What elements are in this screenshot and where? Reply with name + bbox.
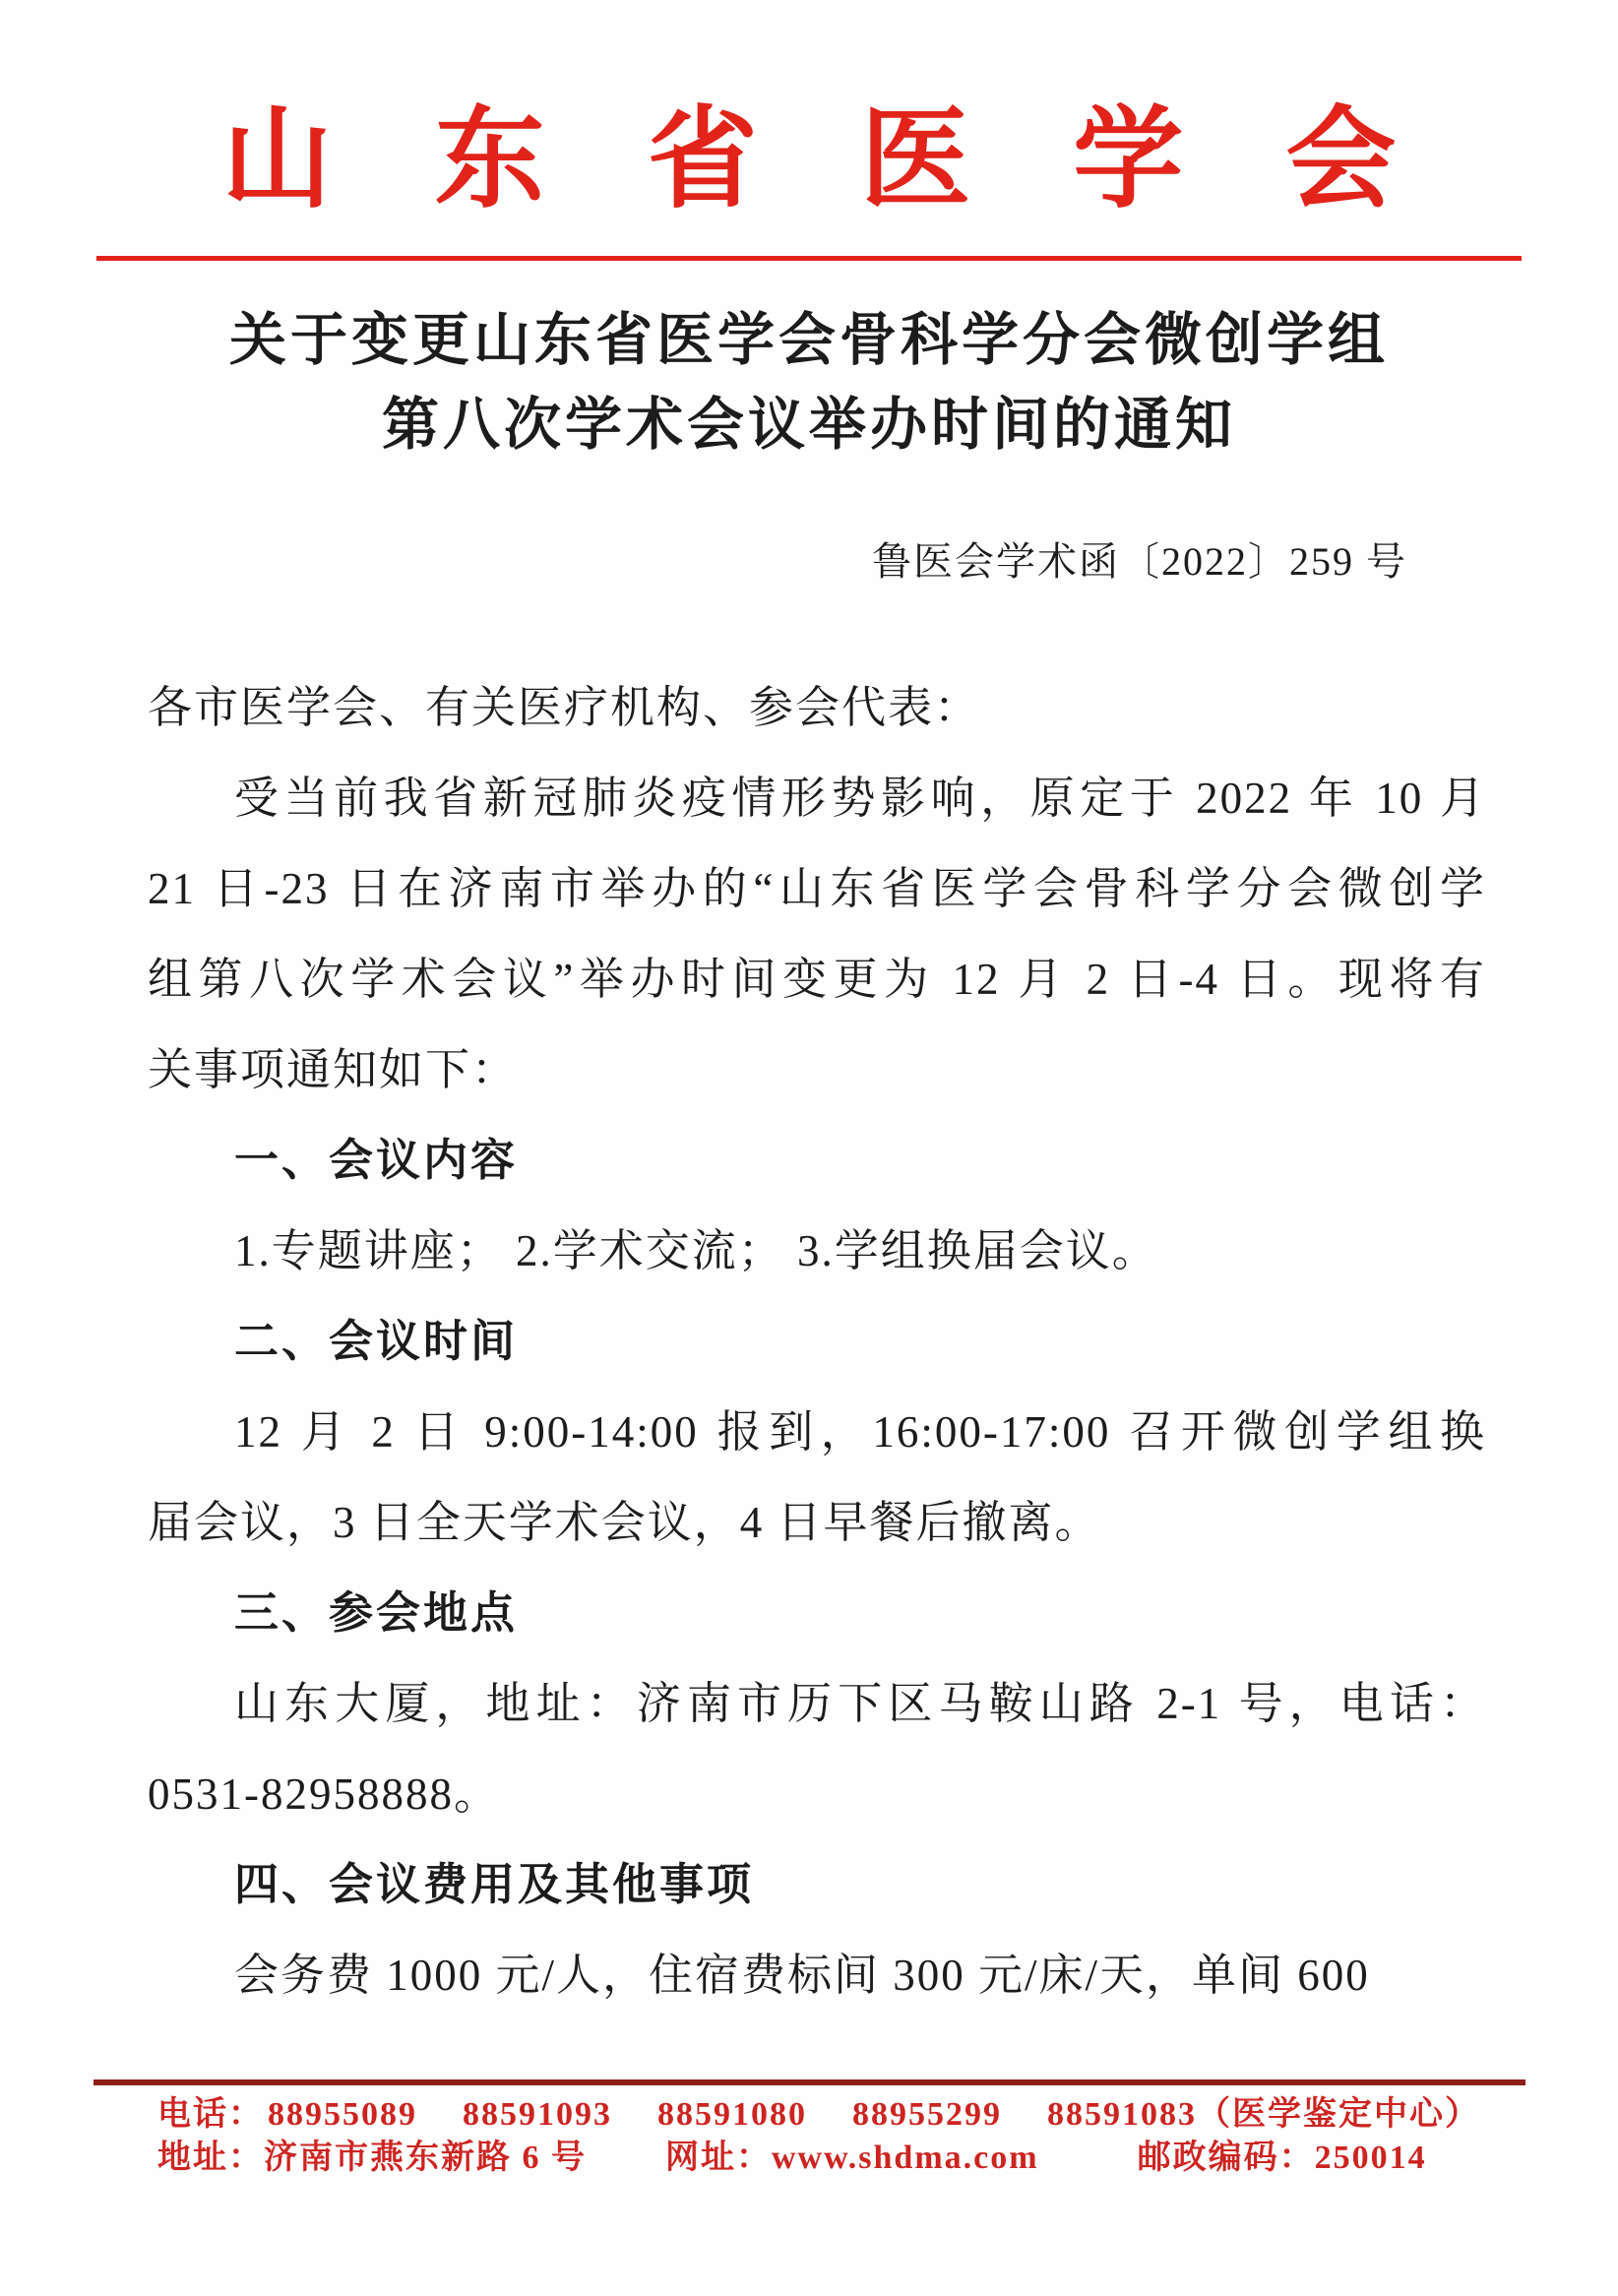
body-line: 组第八次学术会议”举办时间变更为 12 月 2 日-4 日。现将有 xyxy=(148,934,1486,1024)
document-page: 山东省医学会 关于变更山东省医学会骨科学分会微创学组 第八次学术会议举办时间的通… xyxy=(0,0,1618,2296)
body-line: 受当前我省新冠肺炎疫情形势影响，原定于 2022 年 10 月 xyxy=(148,753,1486,843)
postal-label: 邮政编码： xyxy=(1138,2137,1315,2180)
website-label: 网址： xyxy=(665,2137,772,2180)
header-divider xyxy=(96,256,1522,261)
body-line: 会务费 1000 元/人，住宿费标间 300 元/床/天，单间 600 xyxy=(148,1930,1486,2020)
section-heading-4: 四、会议费用及其他事项 xyxy=(148,1839,1486,1930)
letterhead-footer: 电话： 88955089 88591093 88591080 88955299 … xyxy=(0,2079,1618,2180)
phone-number: 88591093 xyxy=(463,2093,612,2137)
footer-phones-row: 电话： 88955089 88591093 88591080 88955299 … xyxy=(0,2093,1618,2137)
phone-number: 88591080 xyxy=(657,2093,807,2137)
body-line: 0531-82958888。 xyxy=(148,1749,1486,1839)
address-value: 济南市燕东新路 6 号 xyxy=(264,2137,587,2180)
org-name: 山东省医学会 xyxy=(0,0,1618,222)
postal-group: 邮政编码： 250014 xyxy=(1138,2137,1427,2180)
doc-title: 关于变更山东省医学会骨科学分会微创学组 第八次学术会议举办时间的通知 xyxy=(0,298,1618,467)
phone-number: 88955299 xyxy=(852,2093,1002,2137)
doc-title-line1: 关于变更山东省医学会骨科学分会微创学组 xyxy=(0,298,1618,383)
body-line: 山东大厦，地址：济南市历下区马鞍山路 2-1 号，电话： xyxy=(148,1658,1486,1749)
website-group: 网址： www.shdma.com xyxy=(665,2137,1039,2180)
phone-label: 电话： xyxy=(157,2093,264,2137)
section-heading-3: 三、参会地点 xyxy=(148,1568,1486,1658)
body-line: 1.专题讲座； 2.学术交流； 3.学组换届会议。 xyxy=(148,1206,1486,1296)
salutation: 各市医学会、有关医疗机构、参会代表： xyxy=(148,662,1486,753)
footer-divider xyxy=(93,2079,1525,2085)
address-group: 地址： 济南市燕东新路 6 号 xyxy=(157,2137,587,2180)
phone-number: 88955089 xyxy=(268,2093,417,2137)
body-line: 关事项通知如下： xyxy=(148,1024,1486,1115)
postal-value: 250014 xyxy=(1315,2137,1427,2180)
doc-body: 各市医学会、有关医疗机构、参会代表： 受当前我省新冠肺炎疫情形势影响，原定于 2… xyxy=(0,662,1618,2020)
body-line: 届会议，3 日全天学术会议，4 日早餐后撤离。 xyxy=(148,1477,1486,1568)
doc-title-line2: 第八次学术会议举办时间的通知 xyxy=(0,383,1618,467)
section-heading-1: 一、会议内容 xyxy=(148,1115,1486,1206)
address-label: 地址： xyxy=(157,2137,264,2180)
footer-address-row: 地址： 济南市燕东新路 6 号 网址： www.shdma.com 邮政编码： … xyxy=(0,2137,1618,2180)
doc-reference-number: 鲁医会学术函〔2022〕259 号 xyxy=(0,536,1618,588)
phone-number: 88591083（医学鉴定中心） xyxy=(1047,2093,1480,2137)
body-line: 12 月 2 日 9:00-14:00 报到，16:00-17:00 召开微创学… xyxy=(148,1387,1486,1477)
section-heading-2: 二、会议时间 xyxy=(148,1296,1486,1387)
body-line: 21 日-23 日在济南市举办的“山东省医学会骨科学分会微创学 xyxy=(148,843,1486,934)
website-value: www.shdma.com xyxy=(772,2137,1039,2180)
